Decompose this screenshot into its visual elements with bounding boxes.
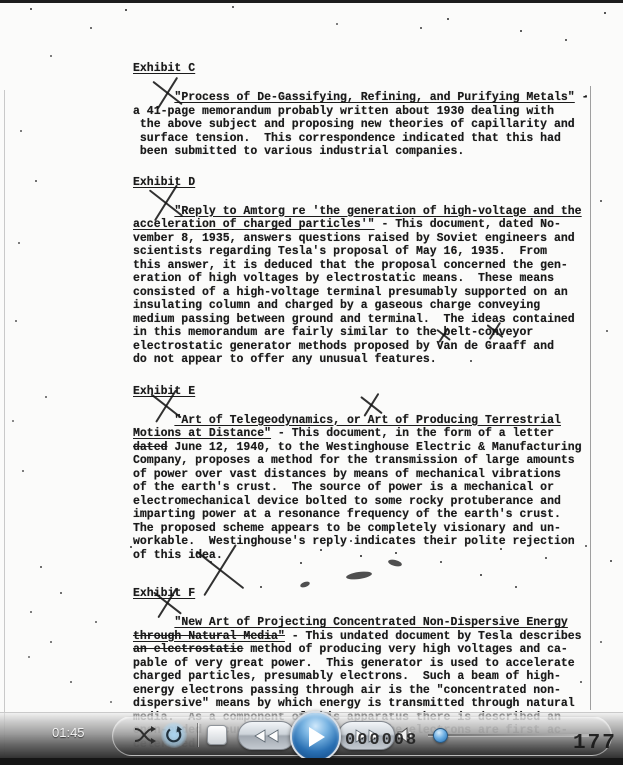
document-line: of the earth's crust. The source of powe… — [133, 481, 601, 495]
document-line: electromechanical device bolted to some … — [133, 495, 601, 509]
document-line: of power over vast distances by means of… — [133, 468, 601, 482]
exhibit-paragraph: "Process of De-Gassifying, Refining, and… — [133, 91, 601, 159]
handwritten-x-mark — [150, 391, 183, 419]
handwritten-x-mark — [360, 391, 383, 416]
volume-slider-thumb[interactable] — [433, 728, 448, 743]
page-edge-left — [4, 90, 5, 755]
exhibit-section: Exhibit C "Process of De-Gassifying, Ref… — [133, 58, 601, 159]
document-page-number: 177 — [573, 732, 617, 755]
document-line: pable of very great power. This generato… — [133, 657, 601, 671]
document-line: Motions at Distance" - This document, in… — [133, 427, 601, 441]
document-line: a 41-page memorandum probably written ab… — [133, 105, 601, 119]
exhibit-paragraph: "Art of Telegeodynamics, or Art of Produ… — [133, 414, 601, 563]
shuffle-icon — [134, 726, 156, 744]
document-line: scientists regarding Tesla's proposal of… — [133, 245, 601, 259]
exhibit-heading: Exhibit C — [133, 62, 195, 76]
player-control-bar: 01:45 — [0, 712, 623, 759]
document-line: in this memorandum are fairly similar to… — [133, 326, 601, 340]
rewind-icon — [254, 729, 280, 743]
document-line: through Natural Media" - This undated do… — [133, 630, 601, 644]
repeat-icon — [165, 726, 183, 744]
frame-top-edge — [0, 0, 623, 3]
handwritten-x-mark — [486, 319, 503, 341]
document-stamp-number: 000008 — [345, 731, 418, 750]
document-line: do not appear to offer any unusual featu… — [133, 353, 601, 367]
shuffle-button[interactable] — [133, 724, 157, 746]
video-frame: Exhibit C "Process of De-Gassifying, Ref… — [0, 0, 623, 765]
document-line: consisted of a high-voltage terminal pre… — [133, 286, 601, 300]
document-line: "Reply to Amtorg re 'the generation of h… — [133, 205, 601, 219]
play-button[interactable] — [290, 711, 341, 762]
exhibit-paragraph: "Reply to Amtorg re 'the generation of h… — [133, 205, 601, 367]
handwritten-x-mark — [194, 545, 246, 592]
frame-bottom-edge — [0, 758, 623, 765]
document-line: charged particles, presumably electrons.… — [133, 670, 601, 684]
document-line: acceleration of charged particles'" - Th… — [133, 218, 601, 232]
stop-button[interactable] — [207, 725, 227, 745]
document-line: dated June 12, 1940, to the Westinghouse… — [133, 441, 601, 455]
document-line: insulating column and charged by a gaseo… — [133, 299, 601, 313]
document-line: dispersive" means by which energy is tra… — [133, 697, 601, 711]
play-icon — [307, 727, 325, 747]
rewind-button[interactable] — [238, 721, 295, 750]
document-line: surface tension. This correspondence ind… — [133, 132, 601, 146]
document-line: imparting power at a resonance frequency… — [133, 508, 601, 522]
exhibit-section: Exhibit D "Reply to Amtorg re 'the gener… — [133, 172, 601, 367]
document-line: an electrostatic method of producing ver… — [133, 643, 601, 657]
document-line: "New Art of Projecting Concentrated Non-… — [133, 616, 601, 630]
document-line: eration of high voltages by electrostati… — [133, 272, 601, 286]
document-line: "Process of De-Gassifying, Refining, and… — [133, 91, 601, 105]
document-line: The proposed scheme appears to be comple… — [133, 522, 601, 536]
elapsed-time: 01:45 — [52, 725, 85, 740]
document-line: energy electrons passing through air is … — [133, 684, 601, 698]
repeat-button[interactable] — [161, 722, 187, 748]
document-line: been submitted to various industrial com… — [133, 145, 601, 159]
document-line: vember 8, 1935, answers questions raised… — [133, 232, 601, 246]
volume-slider-track[interactable] — [428, 734, 595, 736]
controls-separator — [197, 723, 198, 747]
document-line: Company, proposes a method for the trans… — [133, 454, 601, 468]
handwritten-x-mark — [148, 185, 184, 218]
document-line: this answer, it is deduced that the prop… — [133, 259, 601, 273]
document-line: electrostatic generator methods proposed… — [133, 340, 601, 354]
document-line: medium passing between ground and termin… — [133, 313, 601, 327]
handwritten-x-mark — [152, 587, 182, 617]
handwritten-x-mark — [436, 324, 451, 344]
handwritten-x-mark — [152, 79, 184, 105]
document-line: the above subject and proposing new theo… — [133, 118, 601, 132]
